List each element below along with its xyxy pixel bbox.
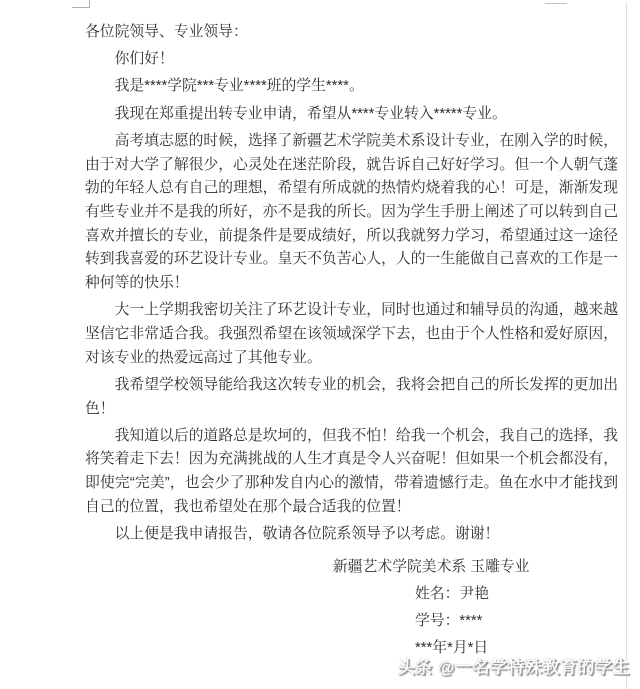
document-page: 各位院领导、专业领导： 你们好！ 我是****学院***专业****班的学生**… bbox=[0, 0, 640, 689]
salutation: 各位院领导、专业领导： bbox=[85, 21, 618, 45]
letter-paragraph: 你们好！ bbox=[85, 48, 618, 72]
signature-student-id: 学号：**** bbox=[415, 608, 618, 635]
letter-paragraph: 大一上学期我密切关注了环艺设计专业，同时也通过和辅导员的沟通，越来越坚信它非常适… bbox=[85, 299, 618, 370]
crop-mark-top-right bbox=[545, 3, 567, 4]
letter-paragraph: 我是****学院***专业****班的学生****。 bbox=[85, 75, 618, 99]
letter-paragraph: 我希望学校领导能给我这次转专业的机会，我将会把自己的所长发挥的更加出色！ bbox=[85, 374, 618, 421]
letter-paragraph: 我现在郑重提出转专业申请，希望从****专业转入*****专业。 bbox=[85, 103, 618, 127]
toutiao-watermark: 头条 @一名学特殊教育的学生 bbox=[398, 653, 630, 678]
signature-affiliation: 新疆艺术学院美术系 玉雕专业 bbox=[333, 554, 618, 581]
letter-paragraph: 我知道以后的道路总是坎坷的，但我不怕！给我一个机会，我自己的选择，我将笑着走下去… bbox=[85, 425, 618, 520]
signature-block: 新疆艺术学院美术系 玉雕专业 姓名：尹艳 学号：**** ***年*月*日 bbox=[85, 554, 618, 662]
letter-paragraph: 以上便是我申请报告，敬请各位院系领导予以考虑。谢谢！ bbox=[85, 523, 618, 547]
letter-paragraph: 高考填志愿的时候，选择了新疆艺术学院美术系设计专业，在刚入学的时候，由于对大学了… bbox=[85, 130, 618, 296]
signature-name: 姓名：尹艳 bbox=[415, 581, 618, 608]
letter-body: 各位院领导、专业领导： 你们好！ 我是****学院***专业****班的学生**… bbox=[85, 21, 618, 662]
page-edge-line bbox=[626, 3, 627, 689]
crop-mark-top-left bbox=[72, 7, 90, 8]
